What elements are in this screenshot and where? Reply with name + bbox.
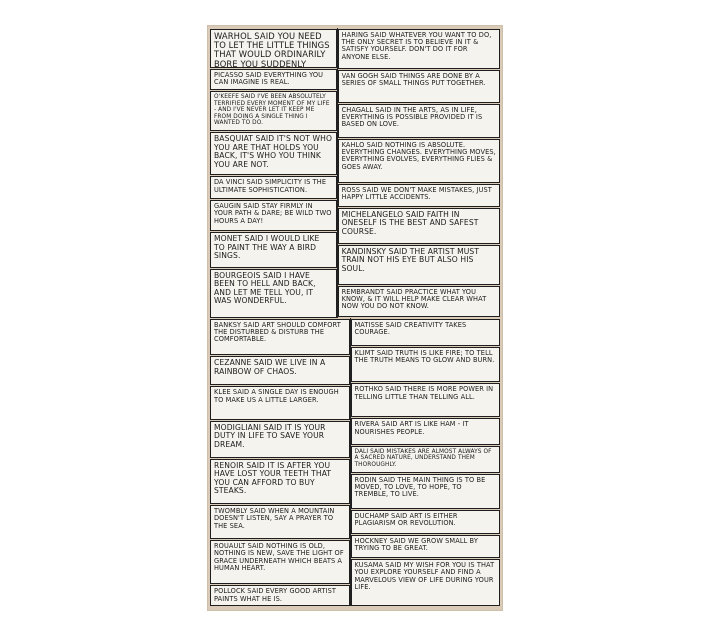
quote-panel-ross: Ross said we don't make mistakes, just h… xyxy=(338,184,500,207)
quote-panel-okeefe: O'Keefe said I've been absolutely terrif… xyxy=(210,91,337,131)
quote-panel-kahlo: Kahlo said nothing is absolute. Everythi… xyxy=(338,139,500,183)
bottom-left-column: Banksy said art should comfort the distu… xyxy=(210,318,350,606)
top-right-column: Haring said whatever you want to do, the… xyxy=(337,28,500,318)
quote-panel-modigliani: Modigliani said it is your duty in life … xyxy=(210,421,350,458)
quote-panel-klimt: Klimt said truth is like fire; to tell t… xyxy=(351,347,500,383)
artwork-top-half: Warhol said you need to let the little t… xyxy=(210,28,500,318)
quote-panel-picasso: Picasso said everything you can imagine … xyxy=(210,69,337,91)
quote-panel-hockney: Hockney said we grow small by trying to … xyxy=(351,535,500,558)
quote-artwork-canvas: Warhol said you need to let the little t… xyxy=(207,25,503,611)
quote-panel-dali: Dali said mistakes are almost always of … xyxy=(351,446,500,473)
quote-panel-matisse: Matisse said creativity takes courage. xyxy=(351,319,500,346)
quote-panel-rodin: Rodin said the main thing is to be moved… xyxy=(351,474,500,509)
bottom-right-column: Matisse said creativity takes courage. K… xyxy=(350,318,500,606)
quote-panel-rothko: Rothko said there is more power in telli… xyxy=(351,383,500,417)
quote-panel-warhol: Warhol said you need to let the little t… xyxy=(210,29,337,68)
quote-panel-bourgeois: Bourgeois said I have been to hell and b… xyxy=(210,269,337,318)
quote-panel-monet: Monet said I would like to paint the way… xyxy=(210,232,337,267)
quote-panel-da-vinci: Da Vinci said simplicity is the ultimate… xyxy=(210,176,337,199)
quote-panel-chagall: Chagall said in the arts, as in life, ev… xyxy=(338,104,500,138)
quote-panel-haring: Haring said whatever you want to do, the… xyxy=(338,29,500,69)
quote-panel-kusama: Kusama said my wish for you is that you … xyxy=(351,559,500,605)
quote-panel-gaugin: Gaugin said stay firmly in your path & d… xyxy=(210,200,337,231)
top-left-column: Warhol said you need to let the little t… xyxy=(210,28,337,318)
artwork-bottom-half: Banksy said art should comfort the distu… xyxy=(210,318,500,606)
quote-panel-duchamp: Duchamp said art is either plagiarism or… xyxy=(351,510,500,534)
quote-panel-twombly: Twombly said when a mountain doesn't lis… xyxy=(210,505,350,539)
quote-panel-basquiat: Basquiat said it's not who you are that … xyxy=(210,132,337,175)
quote-panel-rivera: Rivera said art is like ham - it nourish… xyxy=(351,418,500,444)
quote-panel-michelangelo: Michelangelo said faith in oneself is th… xyxy=(338,208,500,244)
quote-panel-banksy: Banksy said art should comfort the distu… xyxy=(210,319,350,356)
quote-panel-pollock: Pollock said every good artist paints wh… xyxy=(210,585,350,605)
quote-panel-cezanne: Cezanne said we live in a rainbow of cha… xyxy=(210,356,350,385)
quote-panel-klee: Klee said a single day is enough to make… xyxy=(210,386,350,420)
quote-panel-rouault: Rouault said nothing is old, nothing is … xyxy=(210,540,350,584)
quote-panel-renoir: Renoir said it is after you have lost yo… xyxy=(210,459,350,504)
quote-panel-van-gogh: Van Gogh said things are done by a serie… xyxy=(338,70,500,103)
quote-panel-kandinsky: Kandinsky said the artist must train not… xyxy=(338,245,500,285)
quote-panel-rembrandt: Rembrandt said practice what you know, &… xyxy=(338,286,500,317)
